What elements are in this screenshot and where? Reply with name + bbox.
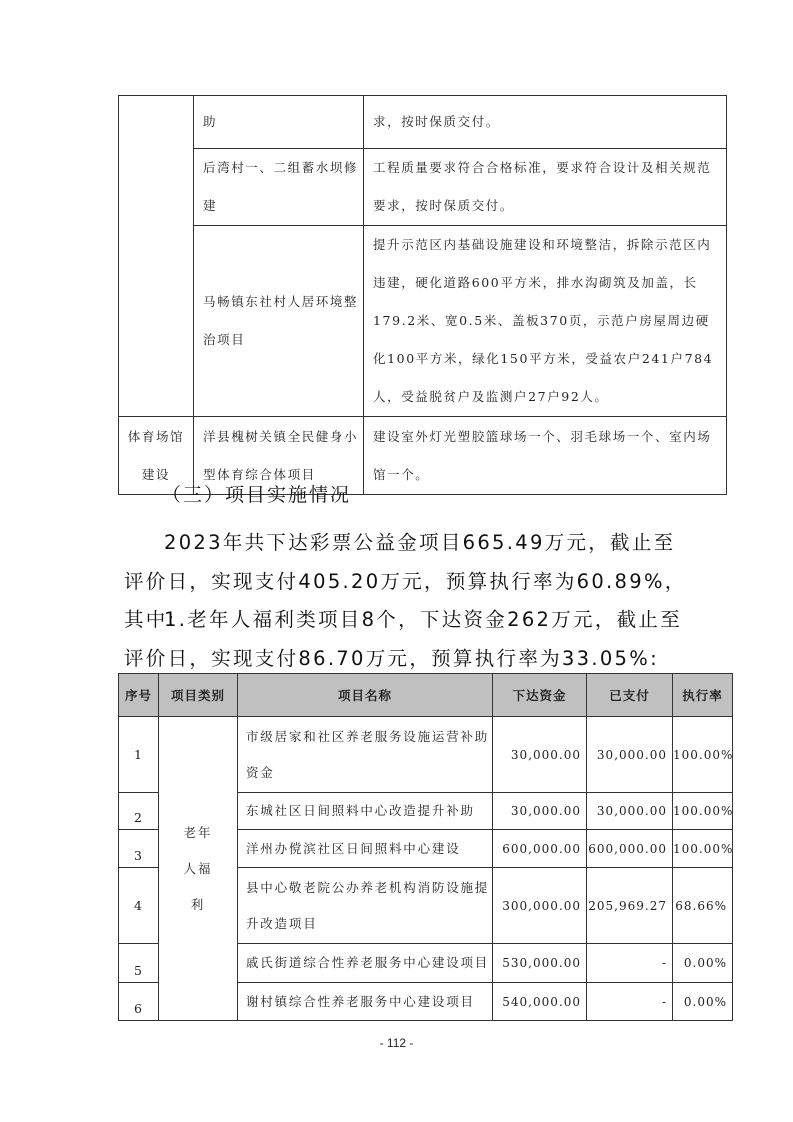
allocated-amount: 300,000.00 (493, 868, 587, 944)
execution-rate: 0.00% (673, 983, 733, 1021)
paid-amount: - (587, 983, 673, 1021)
column-header-allocated: 下达资金 (493, 674, 587, 717)
execution-rate: 68.66% (673, 868, 733, 944)
paid-amount: 30,000.00 (587, 717, 673, 793)
table-row: 马畅镇东社村人居环境整治项目 提升示范区内基础设施建设和环境整洁，拆除示范区内违… (119, 226, 727, 417)
requirement-cell: 工程质量要求符合合格标准，要求符合设计及相关规范要求，按时保质交付。 (364, 149, 727, 226)
requirement-cell: 求，按时保质交付。 (364, 96, 727, 149)
row-number: 3 (119, 830, 159, 868)
row-number: 4 (119, 868, 159, 944)
project-name: 县中心敬老院公办养老机构消防设施提升改造项目 (238, 868, 493, 944)
elderly-welfare-paragraph: 1.老年人福利类项目8个，下达资金262万元，截止至评价日，实现支付86.70万… (124, 601, 690, 678)
column-header-paid: 已支付 (587, 674, 673, 717)
requirement-cell: 建设室外灯光塑胶篮球场一个、羽毛球场一个、室内场馆一个。 (364, 417, 727, 495)
allocated-amount: 600,000.00 (493, 830, 587, 868)
paid-amount: 205,969.27 (587, 868, 673, 944)
column-header-name: 项目名称 (238, 674, 493, 717)
elderly-welfare-projects-table: 序号 项目类别 项目名称 下达资金 已支付 执行率 1 老年人福利 市级居家和社… (118, 673, 733, 1021)
column-header-rate: 执行率 (673, 674, 733, 717)
project-cell: 马畅镇东社村人居环境整治项目 (194, 226, 364, 417)
execution-rate: 0.00% (673, 944, 733, 983)
allocated-amount: 530,000.00 (493, 944, 587, 983)
category-cell (119, 96, 194, 417)
row-number: 6 (119, 983, 159, 1021)
section-heading: （三）项目实施情况 (162, 480, 351, 507)
execution-rate: 100.00% (673, 793, 733, 830)
table-row: 1 老年人福利 市级居家和社区养老服务设施运营补助资金 30,000.00 30… (119, 717, 733, 793)
row-number: 1 (119, 717, 159, 793)
column-header-no: 序号 (119, 674, 159, 717)
project-name: 东城社区日间照料中心改造提升补助 (238, 793, 493, 830)
project-name: 洋州办傥滨社区日间照料中心建设 (238, 830, 493, 868)
execution-rate: 100.00% (673, 830, 733, 868)
table-header-row: 序号 项目类别 项目名称 下达资金 已支付 执行率 (119, 674, 733, 717)
allocated-amount: 30,000.00 (493, 717, 587, 793)
requirement-cell: 提升示范区内基础设施建设和环境整洁，拆除示范区内违建，硬化道路600平方米，排水… (364, 226, 727, 417)
project-name: 市级居家和社区养老服务设施运营补助资金 (238, 717, 493, 793)
project-name: 谢村镇综合性养老服务中心建设项目 (238, 983, 493, 1021)
row-number: 2 (119, 793, 159, 830)
allocated-amount: 30,000.00 (493, 793, 587, 830)
row-number: 5 (119, 944, 159, 983)
project-name: 戚氏街道综合性养老服务中心建设项目 (238, 944, 493, 983)
execution-rate: 100.00% (673, 717, 733, 793)
column-header-category: 项目类别 (159, 674, 238, 717)
paid-amount: 600,000.00 (587, 830, 673, 868)
project-requirements-table: 助 求，按时保质交付。 后湾村一、二组蓄水坝修建 工程质量要求符合合格标准，要求… (118, 95, 727, 495)
category-cell: 老年人福利 (159, 717, 238, 1021)
page-number: - 112 - (0, 1036, 793, 1050)
allocated-amount: 540,000.00 (493, 983, 587, 1021)
project-cell: 助 (194, 96, 364, 149)
project-cell: 后湾村一、二组蓄水坝修建 (194, 149, 364, 226)
table-row: 后湾村一、二组蓄水坝修建 工程质量要求符合合格标准，要求符合设计及相关规范要求，… (119, 149, 727, 226)
paid-amount: 30,000.00 (587, 793, 673, 830)
paid-amount: - (587, 944, 673, 983)
table-row: 助 求，按时保质交付。 (119, 96, 727, 149)
